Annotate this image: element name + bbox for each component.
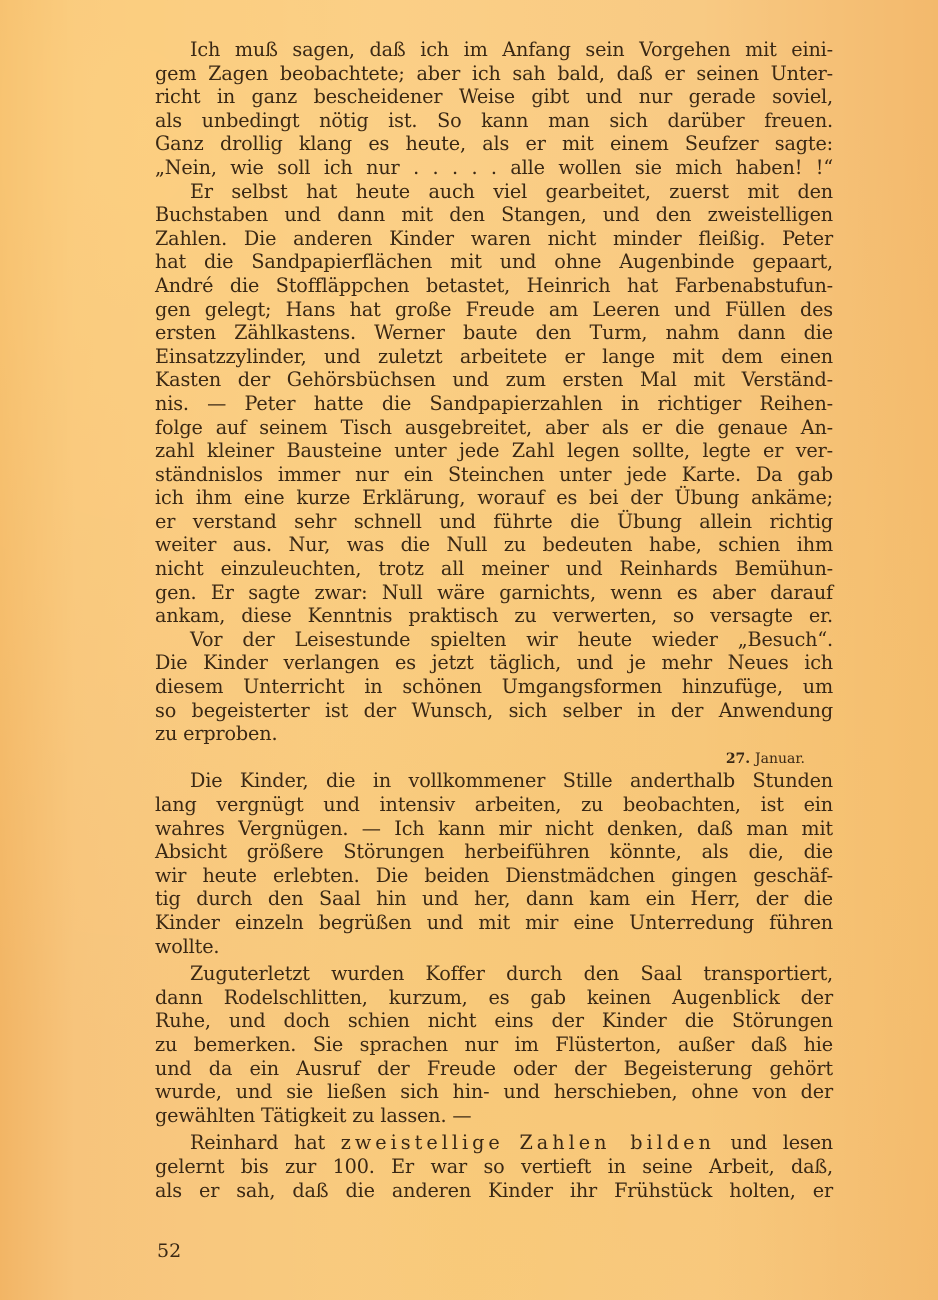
paragraph: Vor der Leisestunde spielten wir heute w…	[155, 628, 833, 746]
text-line: Ruhe, und doch schien nicht eins der Kin…	[155, 1009, 833, 1033]
text-line: folge auf seinem Tisch ausgebreitet, abe…	[155, 416, 833, 440]
text-line: wollte.	[155, 935, 833, 959]
text-line: Vor der Leisestunde spielten wir heute w…	[155, 628, 833, 652]
book-page: Ich muß sagen, daß ich im Anfang sein Vo…	[0, 0, 938, 1300]
text-line: richt in ganz bescheidener Weise gibt un…	[155, 85, 833, 109]
paragraph: Ich muß sagen, daß ich im Anfang sein Vo…	[155, 38, 833, 180]
text-line: gen. Er sagte zwar: Null wäre garnichts,…	[155, 581, 833, 605]
text-line: ersten Zählkastens. Werner baute den Tur…	[155, 321, 833, 345]
text-line: als er sah, daß die anderen Kinder ihr F…	[155, 1179, 833, 1203]
date-day: 27.	[726, 751, 750, 767]
emphasized-text: zweistellige	[341, 1131, 504, 1154]
paragraph: Zuguterletzt wurden Koffer durch den Saa…	[155, 962, 833, 1127]
text-line: zu erproben.	[155, 722, 833, 746]
paragraph: Die Kinder, die in vollkommener Stille a…	[155, 769, 833, 958]
date-month: Januar.	[755, 751, 805, 767]
text-line: Ich muß sagen, daß ich im Anfang sein Vo…	[155, 38, 833, 62]
page-number: 52	[157, 1240, 181, 1262]
text-line: gen gelegt; Hans hat große Freude am Lee…	[155, 298, 833, 322]
text-line: Reinhard hat zweistellige Zahlen bilden …	[155, 1131, 833, 1155]
text-line: Kinder einzeln begrüßen und mit mir eine…	[155, 911, 833, 935]
emphasized-text: Zahlen bilden	[519, 1131, 714, 1154]
text-line: „Nein, wie soll ich nur . . . . . alle w…	[155, 156, 833, 180]
text-line: Die Kinder verlangen es jetzt täglich, u…	[155, 651, 833, 675]
text-line: ständnislos immer nur ein Steinchen unte…	[155, 463, 833, 487]
text-line: dann Rodelschlitten, kurzum, es gab kein…	[155, 986, 833, 1010]
paragraph: Er selbst hat heute auch viel gearbeitet…	[155, 180, 833, 628]
text-line: Buchstaben und dann mit den Stangen, und…	[155, 203, 833, 227]
text-line: Zuguterletzt wurden Koffer durch den Saa…	[155, 962, 833, 986]
text-line: wurde, und sie ließen sich hin- und hers…	[155, 1080, 833, 1104]
text-line: diesem Unterricht in schönen Umgangsform…	[155, 675, 833, 699]
text-line: als unbedingt nötig ist. So kann man sic…	[155, 109, 833, 133]
text-line: so begeisterter ist der Wunsch, sich sel…	[155, 699, 833, 723]
text-line: er verstand sehr schnell und führte die …	[155, 510, 833, 534]
text-line: wir heute erlebten. Die beiden Dienstmäd…	[155, 864, 833, 888]
text-line: und da ein Ausruf der Freude oder der Be…	[155, 1057, 833, 1081]
text-line: ich ihm eine kurze Erklärung, worauf es …	[155, 486, 833, 510]
text-line: André die Stoffläppchen betastet, Heinri…	[155, 274, 833, 298]
text-line: Er selbst hat heute auch viel gearbeitet…	[155, 180, 833, 204]
text-run: und lesen	[715, 1131, 833, 1154]
text-line: hat die Sandpapierflächen mit und ohne A…	[155, 250, 833, 274]
text-line: wahres Vergnügen. — Ich kann mir nicht d…	[155, 817, 833, 841]
text-line: Absicht größere Störungen herbeiführen k…	[155, 840, 833, 864]
text-line: nicht einzuleuchten, trotz all meiner un…	[155, 557, 833, 581]
text-line: gelernt bis zur 100. Er war so vertieft …	[155, 1155, 833, 1179]
text-run: Reinhard hat	[190, 1131, 341, 1154]
text-line: Ganz drollig klang es heute, als er mit …	[155, 132, 833, 156]
text-line: gewählten Tätigkeit zu lassen. —	[155, 1104, 833, 1128]
text-run	[504, 1131, 520, 1154]
paragraph: Reinhard hat zweistellige Zahlen bilden …	[155, 1131, 833, 1202]
text-line: ankam, diese Kenntnis praktisch zu verwe…	[155, 604, 833, 628]
text-line: Zahlen. Die anderen Kinder waren nicht m…	[155, 227, 833, 251]
text-line: lang vergnügt und intensiv arbeiten, zu …	[155, 793, 833, 817]
body-text: Ich muß sagen, daß ich im Anfang sein Vo…	[155, 38, 833, 1202]
text-line: gem Zagen beobachtete; aber ich sah bald…	[155, 62, 833, 86]
text-line: Einsatzzylinder, und zuletzt arbeitete e…	[155, 345, 833, 369]
text-line: weiter aus. Nur, was die Null zu bedeute…	[155, 533, 833, 557]
date-heading: 27. Januar.	[155, 746, 833, 770]
text-line: tig durch den Saal hin und her, dann kam…	[155, 887, 833, 911]
text-line: Kasten der Gehörsbüchsen und zum ersten …	[155, 368, 833, 392]
text-line: nis. — Peter hatte die Sandpapierzahlen …	[155, 392, 833, 416]
text-line: zahl kleiner Bausteine unter jede Zahl l…	[155, 439, 833, 463]
text-line: Die Kinder, die in vollkommener Stille a…	[155, 769, 833, 793]
text-line: zu bemerken. Sie sprachen nur im Flüster…	[155, 1033, 833, 1057]
